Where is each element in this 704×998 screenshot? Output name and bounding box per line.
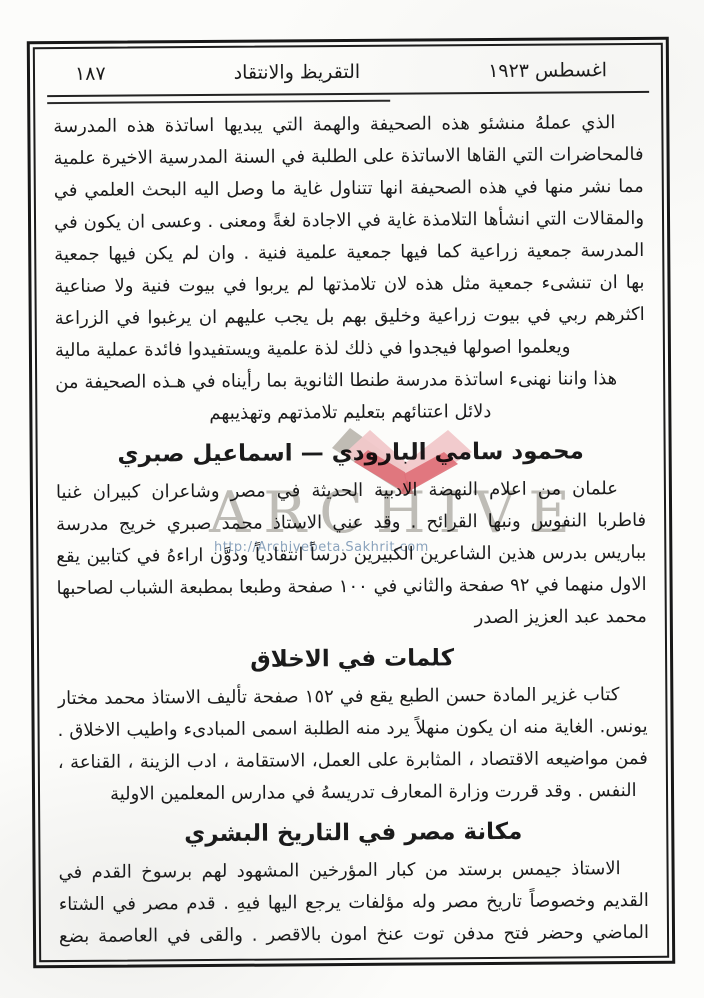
text-line: النفس . وقد قررت وزارة المعارف تدريسهُ ف…	[58, 775, 648, 811]
text-line: الاول منهما في ٩٢ صفحة والثاني في ١٠٠ صف…	[56, 569, 646, 605]
text-line: دلائل اعتنائهم بتعليم تلامذتهم وتهذيبهم	[55, 395, 645, 431]
paragraph-two-poets: علمان من اعلام النهضة الادبية الحديثة في…	[56, 473, 647, 637]
paragraph-school-journal: الذي عملهُ منشئو هذه الصحيفة والهمة التي…	[53, 107, 645, 367]
text-line: فاطربا النفوس ونبها القرائح . وقد عني ال…	[56, 505, 646, 541]
text-line: بها ان تنشىء جمعية مثل هذه لان تلامذتها …	[54, 267, 644, 303]
text-line: المدرسة جمعية زراعية كما فيها جمعية علمي…	[54, 235, 644, 271]
page-body: الذي عملهُ منشئو هذه الصحيفة والهمة التي…	[49, 103, 653, 953]
text-line: علمان من اعلام النهضة الادبية الحديثة في…	[56, 473, 646, 509]
paragraph-congratulations: هذا واننا نهنىء اساتذة مدرسة طنطا الثانو…	[55, 363, 645, 431]
paragraph-breasted: الاستاذ جيمس برستد من كبار المؤرخين المش…	[58, 853, 649, 953]
text-line: هذا واننا نهنىء اساتذة مدرسة طنطا الثانو…	[55, 363, 645, 399]
header-date: اغسطس ١٩٢٣	[488, 59, 607, 82]
page-frame-inner: اغسطس ١٩٢٣ التقريظ والانتقاد ١٨٧ الذي عم…	[33, 43, 669, 962]
text-line: فالمحاضرات التي القاها الاساتذة على الطل…	[53, 139, 643, 175]
text-line: فمن مواضيعه الاقتصاد ، المثابرة على العم…	[58, 743, 648, 779]
text-line: الاستاذ جيمس برستد من كبار المؤرخين المش…	[58, 853, 648, 889]
divider-line-top	[47, 91, 649, 97]
page-header: اغسطس ١٩٢٣ التقريظ والانتقاد ١٨٧	[49, 51, 647, 93]
text-line: محمد عبد العزيز الصدر	[57, 601, 647, 637]
text-line: كتاب غزير المادة حسن الطبع يقع في ١٥٢ صف…	[57, 679, 647, 715]
text-line: القديم وخصوصاً تاريخ مصر وله مؤلفات يرجع…	[59, 885, 649, 921]
text-line: اكثرهم ربي في بيوت زراعية وخليق بهم بل ي…	[55, 299, 645, 335]
text-line: بباريس بدرس هذين الشاعرين الكبيرين درساً…	[56, 537, 646, 573]
text-line: الذي عملهُ منشئو هذه الصحيفة والهمة التي…	[53, 107, 643, 143]
heading-words-on-morals: كلمات في الاخلاق	[57, 639, 647, 679]
text-line: مما نشر منها في هذه الصحيفة انها تتناول …	[54, 171, 644, 207]
heading-egypt-in-history: مكانة مصر في التاريخ البشري	[58, 813, 648, 853]
header-page-number: ١٨٧	[75, 63, 106, 85]
text-line: يونس. الغاية منه ان يكون منهلاً يرد منه …	[57, 711, 647, 747]
divider-line-bottom	[47, 100, 390, 104]
text-line: والمقالات التي انشأها التلامذة غاية في ا…	[54, 203, 644, 239]
heading-baroudi-sabri: محمود سامي البارودي — اسماعيل صبري	[56, 433, 646, 473]
text-line: ويعلموا اصولها فيجدوا في ذلك لذة علمية و…	[55, 331, 645, 367]
page-frame: اغسطس ١٩٢٣ التقريظ والانتقاد ١٨٧ الذي عم…	[27, 37, 675, 968]
text-line: الماضي وحضر فتح مدفن توت عنخ امون بالاقص…	[59, 917, 649, 953]
header-title: التقريظ والانتقاد	[234, 61, 361, 84]
paragraph-morals-book: كتاب غزير المادة حسن الطبع يقع في ١٥٢ صف…	[57, 679, 648, 811]
